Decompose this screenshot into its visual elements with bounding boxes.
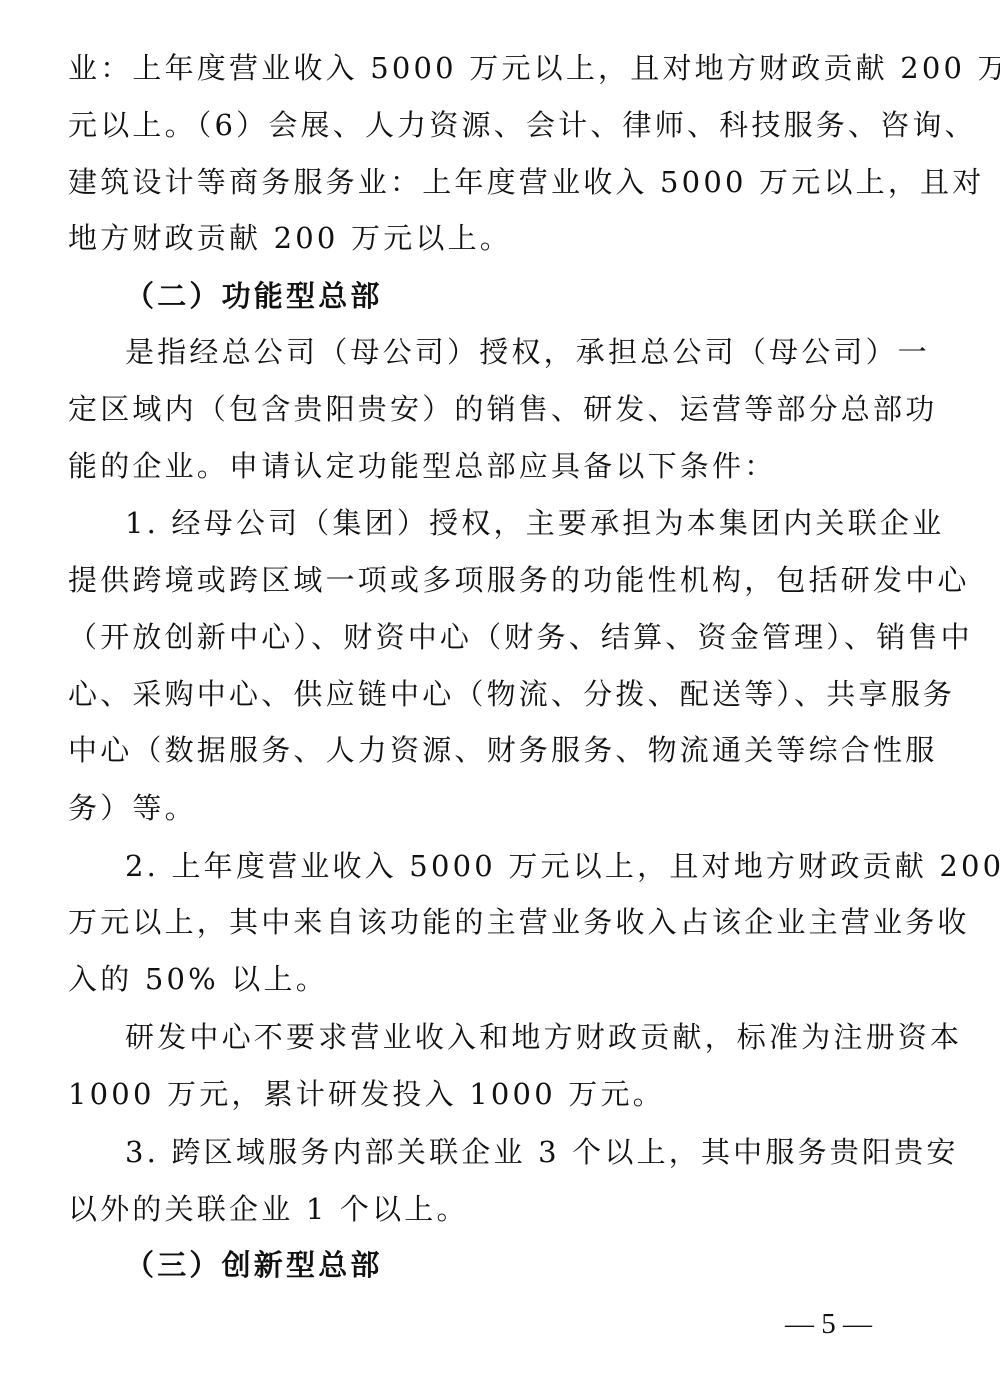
text-line: 业：上年度营业收入 5000 万元以上，且对地方财政贡献 200 万 <box>68 48 920 88</box>
text-line: 提供跨境或跨区域一项或多项服务的功能性机构，包括研发中心 <box>68 560 920 600</box>
text-line: 地方财政贡献 200 万元以上。 <box>68 218 920 258</box>
document-page: 业：上年度营业收入 5000 万元以上，且对地方财政贡献 200 万 元以上。（… <box>0 0 1000 1394</box>
page-number: — 5 — <box>785 1304 872 1344</box>
text-line: 元以上。（6）会展、人力资源、会计、律师、科技服务、咨询、 <box>68 105 920 145</box>
text-line: 2. 上年度营业收入 5000 万元以上，且对地方财政贡献 200 <box>125 846 920 886</box>
text-line: 务）等。 <box>68 788 920 828</box>
text-line: 心、采购中心、供应链中心（物流、分拨、配送等）、共享服务 <box>68 674 920 714</box>
text-line: 是指经总公司（母公司）授权，承担总公司（母公司）一 <box>125 332 920 372</box>
text-line: 3. 跨区域服务内部关联企业 3 个以上，其中服务贵阳贵安 <box>125 1132 920 1172</box>
section-heading-functional-hq: （二）功能型总部 <box>125 276 920 316</box>
text-line: 定区域内（包含贵阳贵安）的销售、研发、运营等部分总部功 <box>68 389 920 429</box>
text-line: 1. 经母公司（集团）授权，主要承担为本集团内关联企业 <box>125 503 920 543</box>
text-line: 万元以上，其中来自该功能的主营业务收入占该企业主营业务收 <box>68 902 920 942</box>
text-line: 中心（数据服务、人力资源、财务服务、物流通关等综合性服 <box>68 730 920 770</box>
text-line: 1000 万元，累计研发投入 1000 万元。 <box>68 1074 920 1114</box>
text-line: 入的 50% 以上。 <box>68 959 920 999</box>
text-line: 以外的关联企业 1 个以上。 <box>68 1189 920 1229</box>
text-line: 研发中心不要求营业收入和地方财政贡献，标准为注册资本 <box>125 1017 920 1057</box>
section-heading-innovation-hq: （三）创新型总部 <box>125 1245 920 1285</box>
text-line: （开放创新中心）、财资中心（财务、结算、资金管理）、销售中 <box>68 617 920 657</box>
text-line: 能的企业。申请认定功能型总部应具备以下条件： <box>68 446 920 486</box>
text-line: 建筑设计等商务服务业：上年度营业收入 5000 万元以上，且对 <box>68 162 920 202</box>
